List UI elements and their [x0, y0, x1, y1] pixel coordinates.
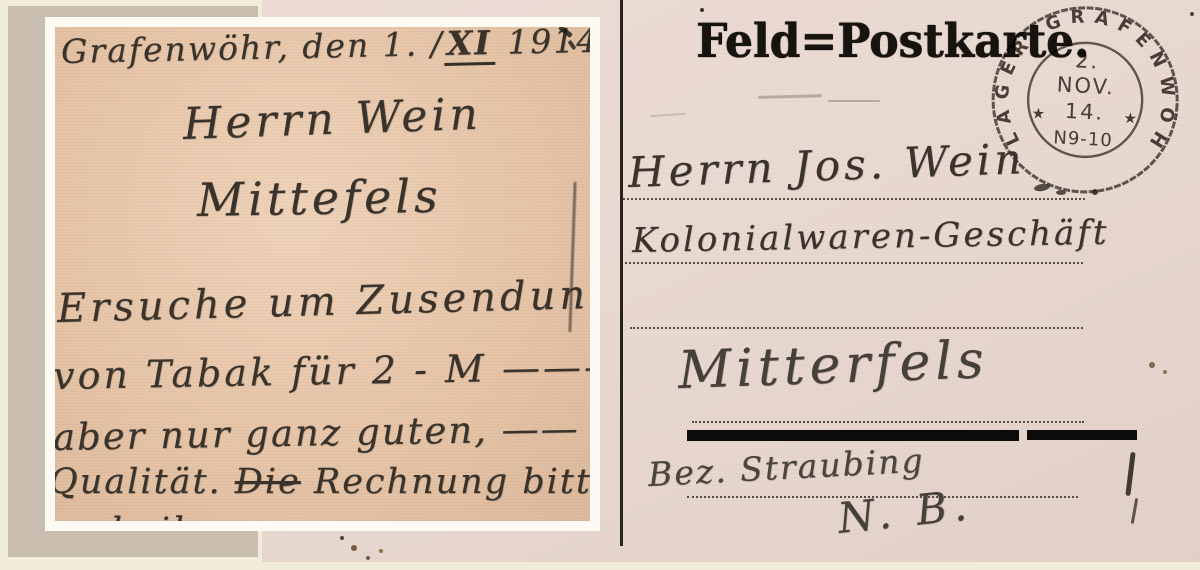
- message-date-line: Grafenwöhr, den 1. /XI 1914: [61, 24, 600, 68]
- message-body-line-3: aber nur ganz guten, ——: [53, 410, 580, 456]
- printed-address-bar: [687, 430, 1019, 441]
- message-place-handwriting: Mittefels: [197, 173, 442, 223]
- postmark-time-code: N9-10: [1053, 127, 1113, 151]
- postmark-day: 2.: [1075, 48, 1100, 73]
- printed-address-bar-segment: [1027, 430, 1137, 440]
- address-region-note-handwriting: N. B.: [836, 484, 975, 540]
- message-body-line-4: Qualität. Die Rechnung bitte: [49, 465, 600, 500]
- address-district-handwriting: Bez. Straubing: [647, 444, 925, 491]
- address-recipient-handwriting: Herrn Jos. Wein: [627, 138, 1026, 194]
- message-date-roman-month: XI: [443, 20, 495, 66]
- address-dotted-line-4: [692, 421, 1084, 423]
- postmark-star-left: ★: [1031, 104, 1045, 123]
- address-business-handwriting: Kolonialwaren-Geschäft: [632, 216, 1110, 258]
- message-date-prefix: Grafenwöhr, den 1. /: [61, 24, 445, 71]
- address-dotted-line-1: [623, 198, 1085, 200]
- scanned-postcard-composite: Feld=Postkarte. LAGER GRAFENWÖHR 2. NOV.…: [0, 0, 1200, 570]
- postmark-year: 14.: [1064, 99, 1105, 125]
- message-body-line-4-post: Rechnung bitte: [301, 462, 600, 502]
- address-dotted-line-2: [625, 262, 1083, 264]
- message-body-line-4-pre: Qualität.: [49, 462, 235, 502]
- address-dotted-line-3: [630, 327, 1083, 329]
- message-recipient-handwriting: Herrn Wein: [182, 93, 482, 147]
- postcard-divider-line: [620, 0, 623, 546]
- postmark-star-right: ★: [1123, 109, 1137, 128]
- message-body-line-4-struck-word: Die: [235, 462, 301, 502]
- ink-specks: [0, 0, 4, 4]
- pencil-smudge: [650, 113, 686, 118]
- address-place-handwriting: Mitterfels: [677, 334, 989, 397]
- ink-drip: [1125, 452, 1135, 496]
- postmark-month: NOV.: [1056, 72, 1115, 99]
- message-body-line-1: Ersuche um Zusendung: [56, 274, 600, 329]
- message-body-line-2: von Tabak für 2 - M ————: [53, 346, 600, 395]
- pencil-smudge: [828, 100, 880, 102]
- pencil-smudge: [758, 94, 822, 99]
- message-body-partial-line: beilegen.: [111, 513, 296, 531]
- ink-smudge: [1056, 190, 1066, 195]
- ink-drip: [1131, 498, 1138, 524]
- message-date-year: 1914: [494, 21, 599, 62]
- postcard-message-side: Grafenwöhr, den 1. /XI 1914 Herrn Wein M…: [45, 17, 600, 531]
